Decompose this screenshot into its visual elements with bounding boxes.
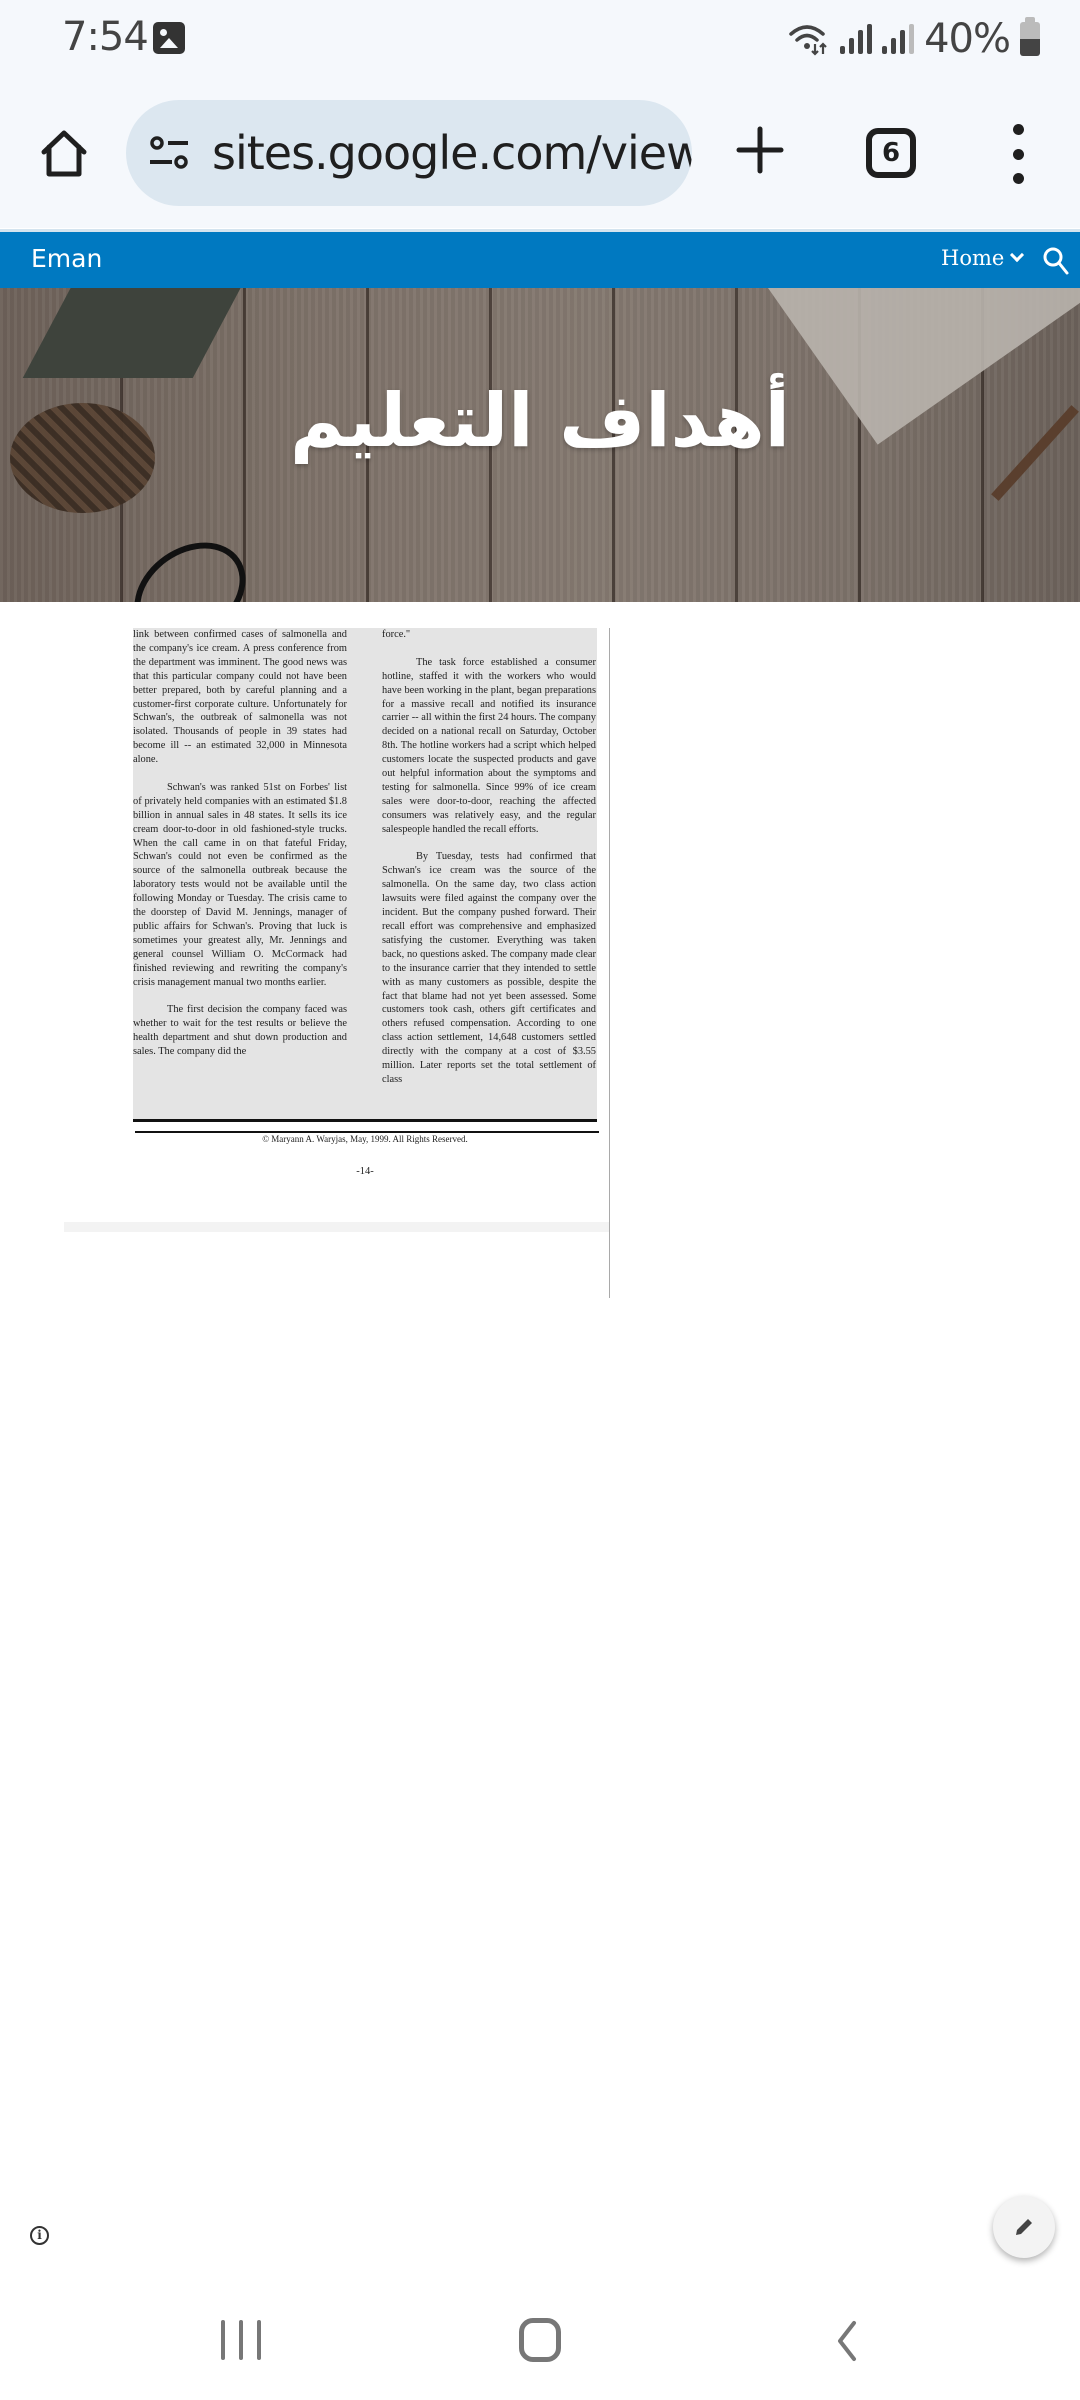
hero-banner: أهداف التعليم: [0, 288, 1080, 602]
wifi-icon: [788, 22, 830, 56]
paragraph: link between confirmed cases of salmonel…: [133, 628, 347, 767]
plus-icon[interactable]: [735, 125, 785, 175]
edit-button[interactable]: [993, 2196, 1055, 2258]
search-icon[interactable]: [1042, 246, 1070, 276]
browser-toolbar: sites.google.com/view 6: [0, 80, 1080, 228]
more-vert-icon[interactable]: [1006, 124, 1030, 184]
status-time: 7:54: [62, 14, 148, 60]
home-button-icon[interactable]: [519, 2318, 561, 2362]
paragraph: By Tuesday, tests had confirmed that Sch…: [382, 850, 596, 1086]
tune-icon[interactable]: [148, 135, 192, 171]
document-column-left: link between confirmed cases of salmonel…: [133, 628, 347, 1073]
viewer-page-gap: [64, 1222, 609, 1232]
hero-decor: [115, 522, 265, 602]
recents-icon[interactable]: [221, 2320, 261, 2360]
url-text[interactable]: sites.google.com/view: [212, 126, 692, 180]
page-number: -14-: [133, 1166, 597, 1177]
signal-icon: [840, 24, 872, 54]
site-header: Eman Home: [0, 229, 1080, 288]
address-bar[interactable]: sites.google.com/view: [126, 100, 692, 206]
signal-icon: [882, 24, 914, 54]
home-icon[interactable]: [36, 126, 92, 182]
back-icon[interactable]: [832, 2320, 862, 2362]
tab-count: 6: [882, 138, 900, 168]
paragraph: The first decision the company faced was…: [133, 1003, 347, 1059]
site-title-link[interactable]: Eman: [31, 244, 102, 273]
document-column-right: force." The task force established a con…: [382, 628, 596, 1101]
document-copyright: © Maryann A. Waryjas, May, 1999. All Rig…: [133, 1134, 597, 1144]
hero-decor: [23, 288, 251, 378]
status-icons: 40%: [788, 14, 1040, 64]
nav-home-menu[interactable]: Home: [941, 246, 1022, 270]
viewer-scrollbar[interactable]: [609, 628, 610, 1298]
system-nav-bar: [0, 2290, 1080, 2400]
paragraph: The task force established a consumer ho…: [382, 656, 596, 837]
battery-icon: [1020, 22, 1040, 56]
battery-percent: 40%: [924, 16, 1010, 62]
nav-home-label: Home: [941, 246, 1004, 270]
divider: [135, 1131, 599, 1133]
tab-switcher-button[interactable]: 6: [866, 128, 916, 178]
chevron-down-icon: [1010, 248, 1024, 262]
gallery-icon: [153, 22, 185, 54]
paragraph: Schwan's was ranked 51st on Forbes' list…: [133, 781, 347, 990]
paragraph: force.": [382, 628, 596, 642]
page-title: أهداف التعليم: [0, 378, 1080, 464]
status-bar: 7:54 40%: [0, 0, 1080, 80]
info-icon[interactable]: i: [30, 2226, 49, 2245]
divider: [133, 1119, 597, 1122]
pencil-icon: [1013, 2216, 1035, 2238]
document-page: link between confirmed cases of salmonel…: [133, 628, 597, 1120]
